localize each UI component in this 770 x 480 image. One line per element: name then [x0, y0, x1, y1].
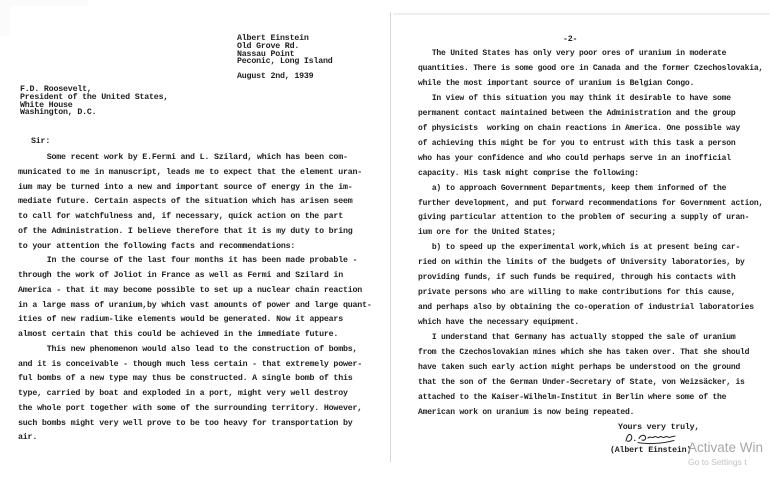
- page2-body-text: The United States has only very poor ore…: [418, 47, 768, 421]
- scanned-letter-viewer: Albert Einstein Old Grove Rd. Nassau Poi…: [0, 0, 770, 480]
- watermark-line1: Activate Win: [688, 440, 763, 455]
- signature-printed-name: (Albert Einstein): [610, 446, 691, 455]
- page-number: -2-: [563, 35, 577, 44]
- signature-scribble-icon: [621, 429, 685, 446]
- watermark-line2: Go to Settings t: [688, 457, 763, 467]
- scan-edge-artifact: [0, 0, 88, 36]
- windows-activation-watermark: Activate Win Go to Settings t: [688, 440, 763, 467]
- page1-body-text: Some recent work by E.Fermi and L. Szila…: [18, 151, 380, 446]
- salutation: Sir:: [31, 137, 50, 146]
- sender-address-block: Albert Einstein Old Grove Rd. Nassau Poi…: [237, 35, 333, 66]
- recipient-address-block: F.D. Roosevelt, President of the United …: [20, 86, 168, 117]
- page2-top-edge-shadow: [393, 13, 770, 15]
- page-divider-line: [390, 12, 391, 462]
- letter-date: August 2nd, 1939: [237, 72, 313, 81]
